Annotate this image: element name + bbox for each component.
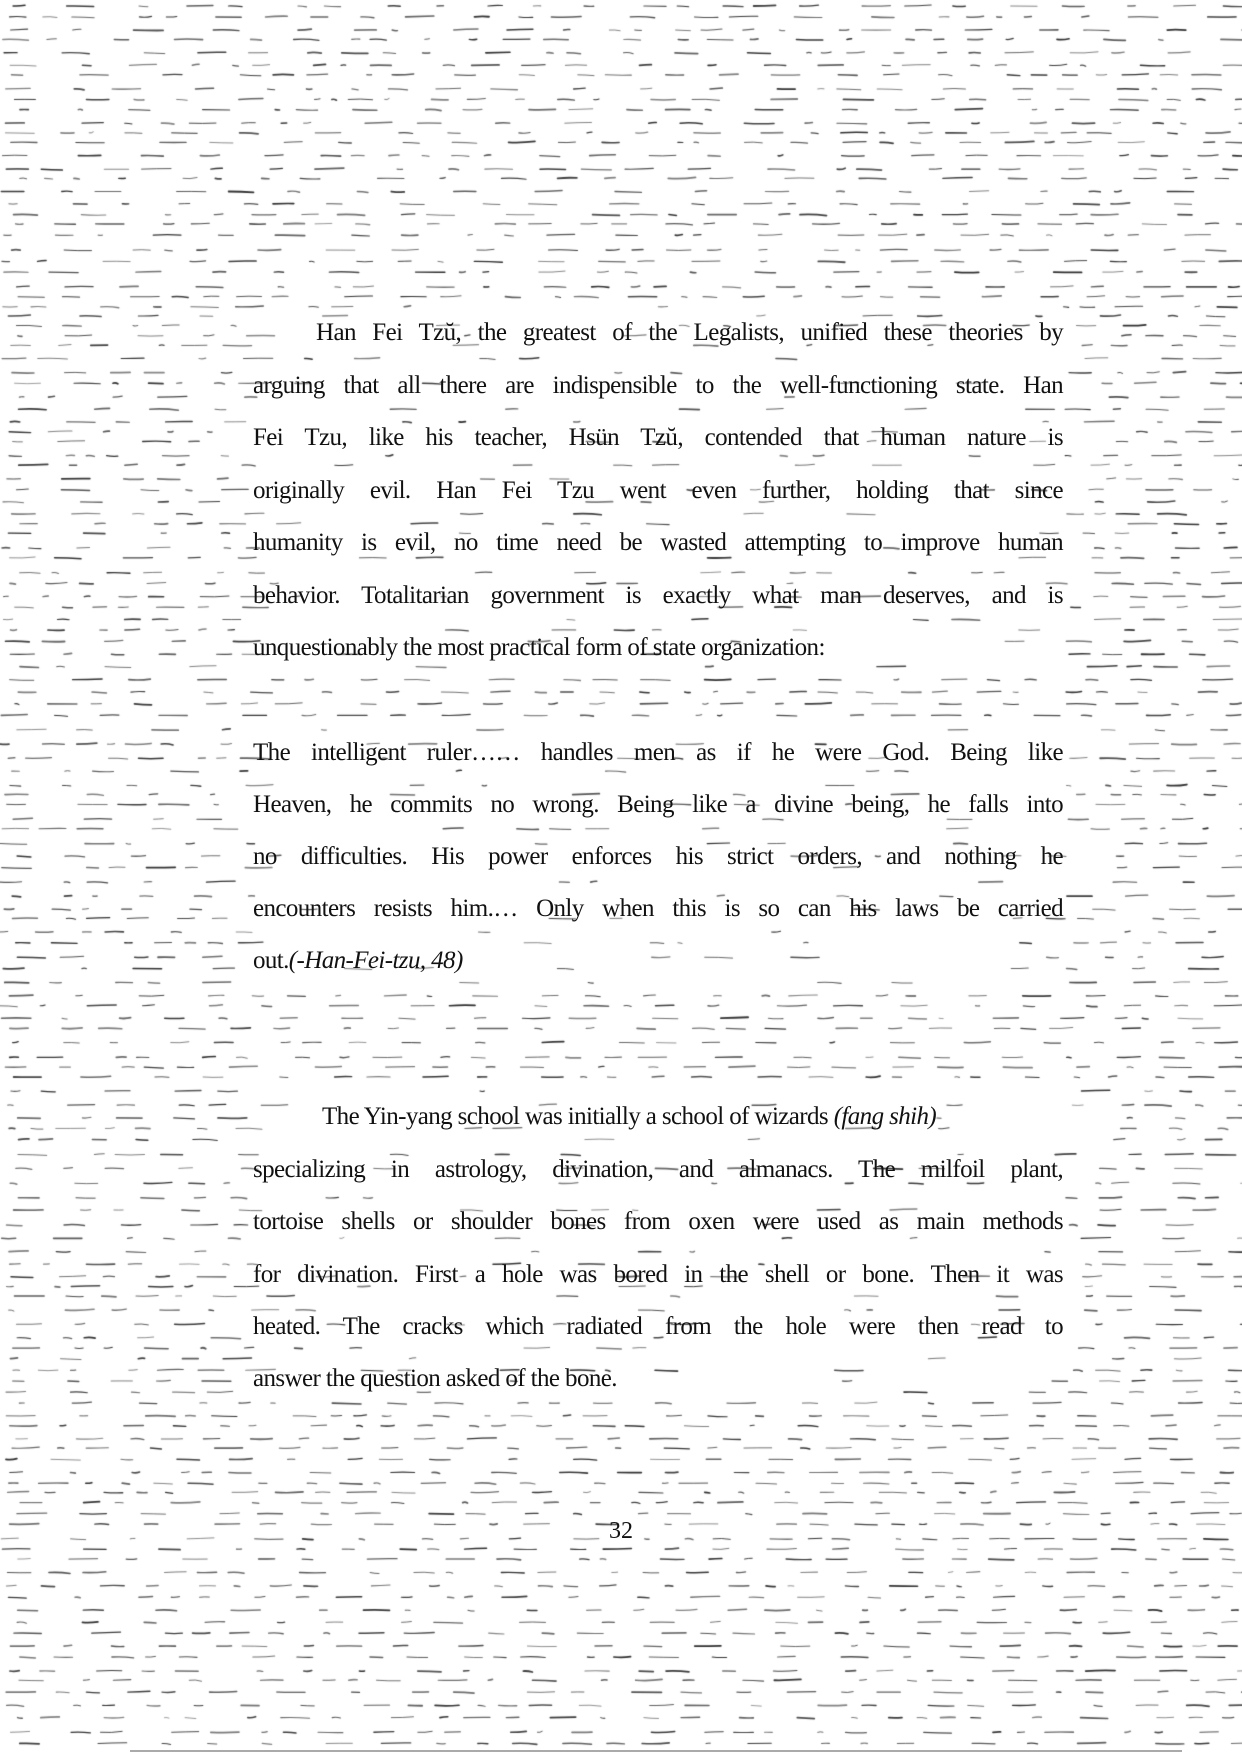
scan-edge-line <box>130 1750 1182 1752</box>
quote-line: encounters resists him.… Only when this … <box>253 894 1063 924</box>
paragraph-line: for divination. First a hole was bored i… <box>253 1260 1063 1290</box>
paragraph-line: originally evil. Han Fei Tzu went even f… <box>253 476 1063 506</box>
quote-line: out.(-Han-Fei-tzu, 48) <box>253 946 1063 976</box>
paragraph-line: behavior. Totalitarian government is exa… <box>253 581 1063 611</box>
page-number: 32 <box>609 1516 633 1546</box>
paragraph-line: heated. The cracks which radiated from t… <box>253 1312 1063 1342</box>
term-fang-shih: (fang shih) <box>834 1103 936 1130</box>
quote-line: no difficulties. His power enforces his … <box>253 842 1063 872</box>
quote-citation: (-Han-Fei-tzu, 48) <box>289 947 463 974</box>
quote-last-line-text: out. <box>253 947 289 974</box>
paragraph-line: unquestionably the most practical form o… <box>253 633 1063 663</box>
paragraph-line: tortoise shells or shoulder bones from o… <box>253 1207 1063 1237</box>
document-page: Han Fei Tzŭ, the greatest of the Legalis… <box>0 0 1242 1756</box>
paragraph-line: specializing in astrology, divination, a… <box>253 1155 1063 1185</box>
quote-line: The intelligent ruler…… handles men as i… <box>253 738 1063 768</box>
paragraph-line: answer the question asked of the bone. <box>253 1364 1063 1394</box>
paragraph-line: arguing that all there are indispensible… <box>253 371 1063 401</box>
paragraph-line: Han Fei Tzŭ, the greatest of the Legalis… <box>316 318 1063 348</box>
paragraph-line: Fei Tzu, like his teacher, Hsün Tzŭ, con… <box>253 423 1063 453</box>
paragraph-line: humanity is evil, no time need be wasted… <box>253 528 1063 558</box>
paragraph-line-text: The Yin-yang school was initially a scho… <box>322 1103 834 1130</box>
paragraph-line: The Yin-yang school was initially a scho… <box>322 1102 1069 1132</box>
quote-line: Heaven, he commits no wrong. Being like … <box>253 790 1063 820</box>
